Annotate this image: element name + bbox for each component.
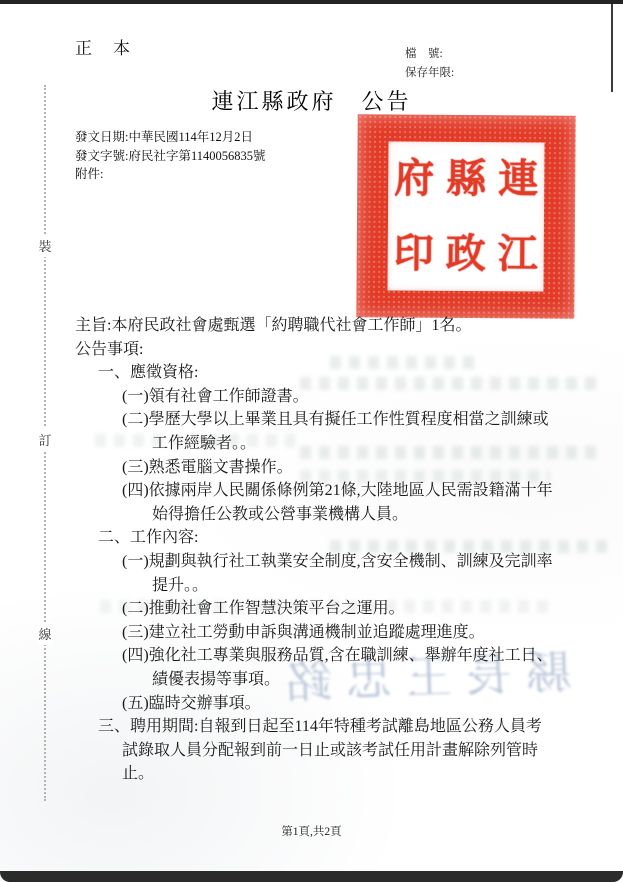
list-item: (三)建立社工勞動申訴與溝通機制並追蹤處理進度。	[75, 621, 557, 645]
seal-char: 江	[498, 234, 538, 274]
document-title: 連江縣政府 公告	[0, 85, 623, 116]
seal-char: 縣	[446, 159, 486, 199]
seal-char: 連	[498, 159, 538, 199]
attachment-line: 附件:	[75, 165, 266, 184]
document-meta: 發文日期:中華民國114年12月2日 發文字號:府民社字第1140056835號…	[75, 128, 266, 184]
list-item: (一)領有社會工作師證書。	[75, 385, 557, 409]
subject-line: 主旨:本府民政社會處甄選「約聘職代社會工作師」1名。	[75, 314, 557, 338]
page-edge-right	[611, 4, 613, 92]
seal-char: 印	[394, 233, 434, 273]
list-item: (五)臨時交辦事項。	[75, 692, 557, 716]
page-number: 第1頁,共2頁	[0, 823, 623, 839]
issue-date-line: 發文日期:中華民國114年12月2日	[75, 128, 266, 147]
scanned-document-page: 縣長王忠銘 裝 訂 線 正 本 檔 號: 保存年限: 連江縣政府 公告 發文日期…	[0, 0, 623, 882]
binding-mark-zhuang: 裝	[37, 234, 53, 257]
list-item: (二)推動社會工作智慧決策平台之運用。	[75, 597, 557, 621]
seal-char: 府	[394, 159, 434, 199]
section-header: 公告事項:	[75, 338, 557, 362]
list-item: (四)依據兩岸人民關係條例第21條,大陸地區人民需設籍滿十年始得擔任公教或公營事…	[75, 479, 557, 526]
seal-char: 政	[446, 234, 486, 274]
copy-type-label: 正 本	[75, 34, 132, 59]
retention-period-label: 保存年限:	[405, 64, 454, 80]
seal-inner-face: 府 縣 連 印 政 江	[387, 141, 544, 291]
document-body: 主旨:本府民政社會處甄選「約聘職代社會工作師」1名。 公告事項: 一、應徵資格:…	[75, 314, 557, 786]
page-edge-bottom	[0, 871, 623, 882]
list-item: 二、工作內容:	[75, 526, 557, 550]
list-item: 一、應徵資格:	[75, 361, 557, 385]
official-seal: 府 縣 連 印 政 江	[356, 114, 575, 319]
binding-mark-xian: 線	[37, 622, 53, 645]
page-edge-top	[0, 0, 623, 4]
list-item: (一)規劃與執行社工執業安全制度,含安全機制、訓練及完訓率提升。。	[75, 550, 557, 597]
binding-mark-ding: 訂	[37, 428, 53, 451]
file-number-label: 檔 號:	[405, 45, 443, 61]
list-item: (三)熟悉電腦文書操作。	[75, 456, 557, 480]
reference-number-line: 發文字號:府民社字第1140056835號	[75, 147, 266, 166]
list-item: (四)強化社工專業與服務品質,含在職訓練、舉辦年度社工日、績優表揚等事項。	[75, 644, 557, 691]
list-item: (二)學歷大學以上畢業且具有擬任工作性質程度相當之訓練或工作經驗者。。	[75, 408, 557, 455]
list-item: 三、聘用期間:自報到日起至114年特種考試離島地區公務人員考試錄取人員分配報到前…	[75, 715, 557, 786]
